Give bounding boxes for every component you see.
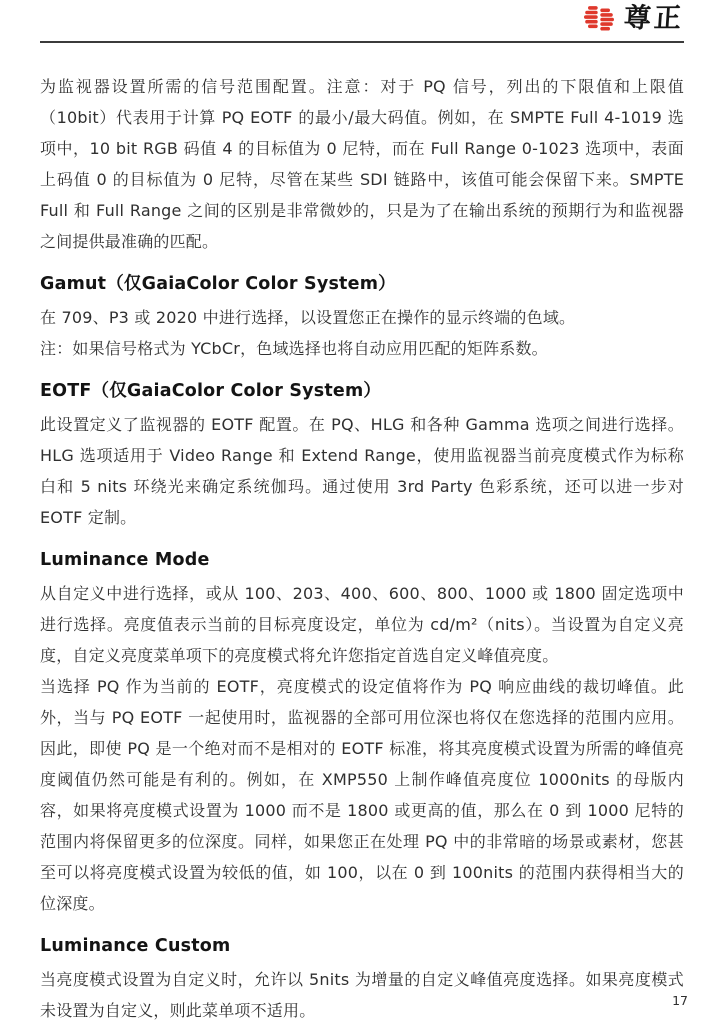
section-heading: Luminance Mode [40, 545, 684, 576]
section-heading: EOTF（仅GaiaColor Color System） [40, 376, 684, 407]
body-paragraph: 当亮度模式设置为自定义时，允许以 5nits 为增量的自定义峰值亮度选择。如果亮… [40, 964, 684, 1024]
body-paragraph: 从自定义中进行选择，或从 100、203、400、600、800、1000 或 … [40, 578, 684, 671]
body-paragraph: 在 709、P3 或 2020 中进行选择，以设置您正在操作的显示终端的色域。 [40, 302, 684, 333]
body-paragraph: 当选择 PQ 作为当前的 EOTF，亮度模式的设定值将作为 PQ 响应曲线的裁切… [40, 671, 684, 919]
brand-logo: 尊正 [584, 5, 684, 32]
section-heading: Luminance Custom [40, 931, 684, 962]
body-paragraph: 为监视器设置所需的信号范围配置。注意：对于 PQ 信号，列出的下限值和上限值（1… [40, 71, 684, 257]
page-header: 尊正 [40, 0, 684, 43]
brand-name: 尊正 [623, 5, 685, 32]
page-number: 17 [672, 993, 688, 1008]
body-paragraph: 注：如果信号格式为 YCbCr，色域选择也将自动应用匹配的矩阵系数。 [40, 333, 684, 364]
zunzheng-logo-icon [584, 5, 614, 32]
section-heading: Gamut（仅GaiaColor Color System） [40, 269, 684, 300]
body-paragraph: 此设置定义了监视器的 EOTF 配置。在 PQ、HLG 和各种 Gamma 选项… [40, 409, 684, 533]
document-page: 尊正 为监视器设置所需的信号范围配置。注意：对于 PQ 信号，列出的下限值和上限… [0, 0, 724, 1024]
document-body: 为监视器设置所需的信号范围配置。注意：对于 PQ 信号，列出的下限值和上限值（1… [40, 43, 684, 1024]
